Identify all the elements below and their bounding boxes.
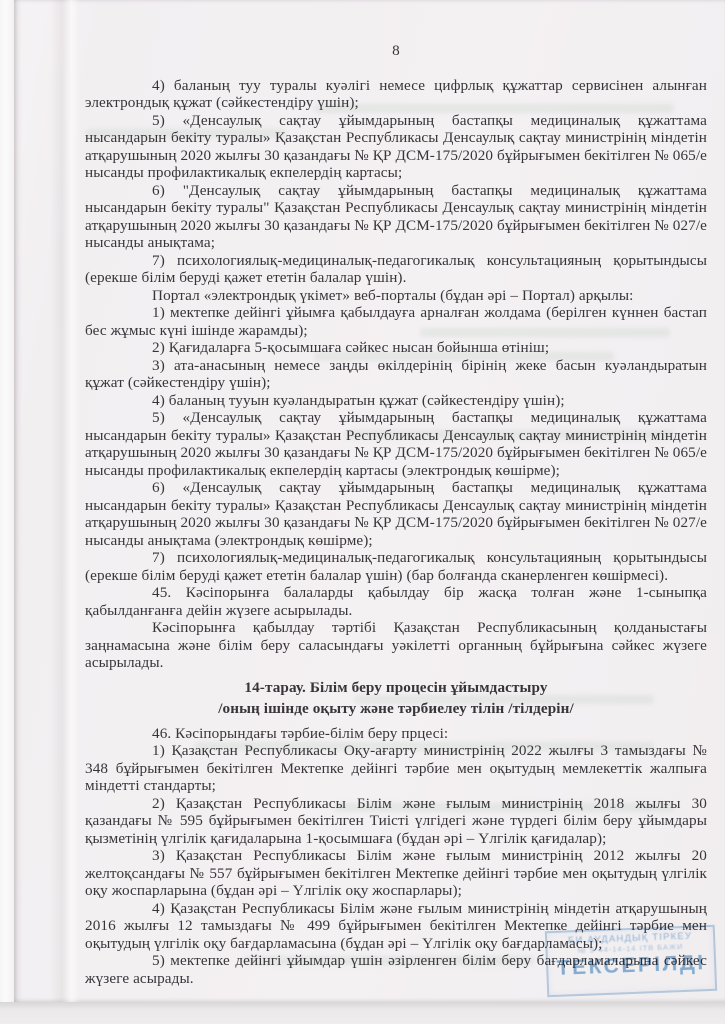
chapter-heading: 14-тарау. Білім беру процесін ұйымдастыр…	[85, 677, 707, 719]
document-page: 8 4) баланың туу туралы куәлігі немесе ц…	[14, 0, 725, 1002]
paragraph: 7) психологиялық-медициналық-педагогикал…	[85, 252, 707, 287]
scan-bottom-edge	[0, 1002, 725, 1024]
scan-left-margin	[0, 0, 14, 1006]
paragraph: 1) Қазақстан Республикасы Оқу-ағарту мин…	[85, 742, 707, 795]
paragraph: 45. Кәсіпорынға балаларды қабылдау бір ж…	[85, 584, 707, 619]
paragraph: 2) Қағидаларға 5-қосымшаға сәйкес нысан …	[85, 339, 707, 357]
page-number: 8	[85, 42, 707, 60]
paragraph: 6) «Денсаулық сақтау ұйымдарының бастапқ…	[85, 479, 707, 549]
chapter-heading-line2: /оның ішінде оқыту және тәрбиелеу тілін …	[218, 700, 574, 717]
paragraph: 4) баланың тууын куәландыратын құжат (сә…	[85, 392, 707, 410]
chapter-heading-line1: 14-тарау. Білім беру процесін ұйымдастыр…	[244, 679, 547, 696]
paragraph: 5) «Денсаулық сақтау ұйымдарының бастапқ…	[85, 112, 707, 182]
paragraph: Кәсіпорынға қабылдау тәртібі Қазақстан Р…	[85, 619, 707, 672]
paragraph: 5) «Денсаулық сақтау ұйымдарының бастапқ…	[85, 409, 707, 479]
paragraph: Портал «электрондық үкімет» веб-порталы …	[85, 287, 707, 305]
paragraph: 7) психологиялық-медициналық-педагогикал…	[85, 549, 707, 584]
verification-stamp: БИ АУДАНДЫҚ ТІРКЕУ № 9-44-14-14 ІТВ БАЖИ…	[545, 925, 717, 997]
paragraph: 6) "Денсаулық сақтау ұйымдарының бастапқ…	[85, 182, 707, 252]
text-column: 8 4) баланың туу туралы куәлігі немесе ц…	[85, 42, 707, 987]
scanned-document: 8 4) баланың туу туралы куәлігі немесе ц…	[0, 0, 725, 1024]
paragraph: 3) ата-анасының немесе заңды өкілдерінің…	[85, 357, 707, 392]
paragraph: 1) мектепке дейінгі ұйымға қабылдауға ар…	[85, 304, 707, 339]
stamp-checked-text: ТЕКСЕРІЛДІ	[548, 951, 715, 981]
paragraph: 3) Қазақстан Республикасы Білім және ғыл…	[85, 847, 707, 900]
page-fold-shadow	[50, 0, 80, 1002]
paragraph: 4) баланың туу туралы куәлігі немесе циф…	[85, 77, 707, 112]
paragraph: 46. Кәсіпорындағы тәрбие-білім беру прце…	[85, 725, 707, 743]
paragraph: 2) Қазақстан Республикасы Білім және ғыл…	[85, 795, 707, 848]
